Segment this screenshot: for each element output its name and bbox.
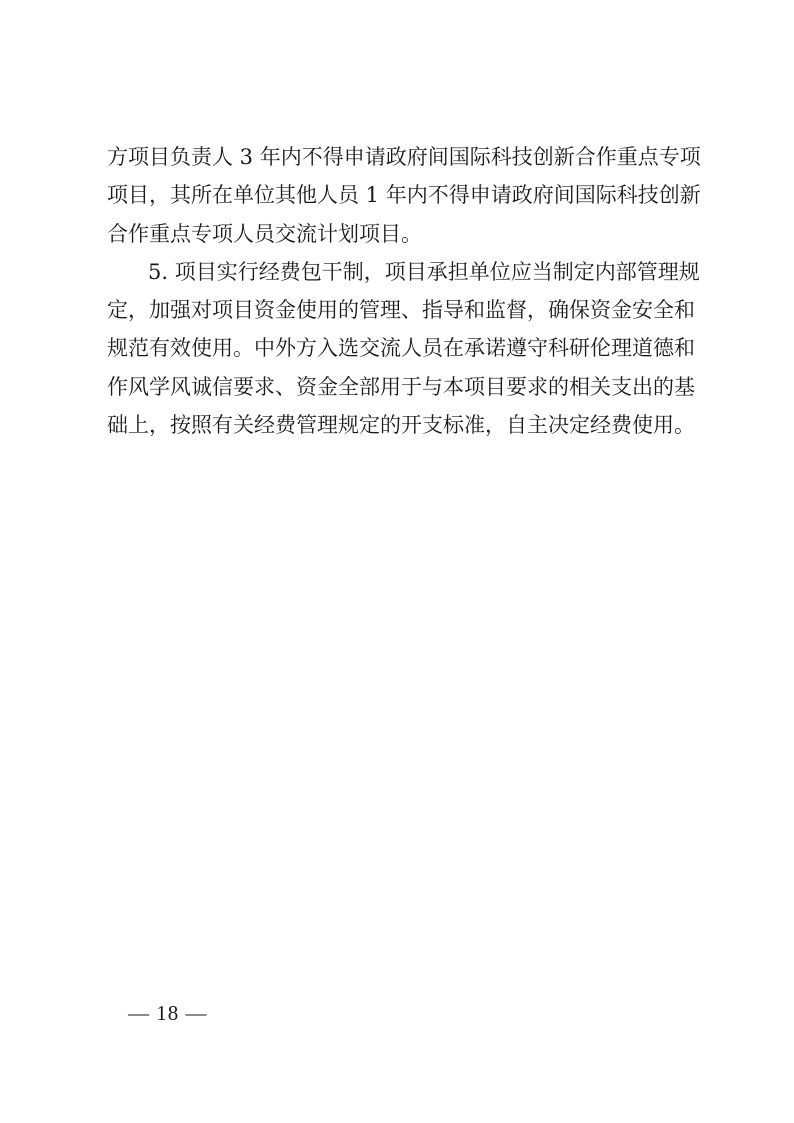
text-line: 项目，其所在单位其他人员 1 年内不得申请政府间国际科技创新 bbox=[107, 176, 689, 214]
text-line: 定，加强对项目资金使用的管理、指导和监督，确保资金安全和 bbox=[107, 291, 689, 329]
text-line: 规范有效使用。中外方入选交流人员在承诺遵守科研伦理道德和 bbox=[107, 329, 689, 367]
body-text: 方项目负责人 3 年内不得申请政府间国际科技创新合作重点专项 项目，其所在单位其… bbox=[107, 138, 689, 444]
paragraph-item-5: 5. 项目实行经费包干制，项目承担单位应当制定内部管理规 定，加强对项目资金使用… bbox=[107, 253, 689, 444]
text-line: 作风学风诚信要求、资金全部用于与本项目要求的相关支出的基 bbox=[107, 368, 689, 406]
text-line: 础上，按照有关经费管理规定的开支标准，自主决定经费使用。 bbox=[107, 406, 689, 444]
document-page: 方项目负责人 3 年内不得申请政府间国际科技创新合作重点专项 项目，其所在单位其… bbox=[0, 0, 794, 1123]
text-line: 方项目负责人 3 年内不得申请政府间国际科技创新合作重点专项 bbox=[107, 138, 689, 176]
paragraph-continuation: 方项目负责人 3 年内不得申请政府间国际科技创新合作重点专项 项目，其所在单位其… bbox=[107, 138, 689, 253]
text-line: 合作重点专项人员交流计划项目。 bbox=[107, 215, 689, 253]
page-number: — 18 — bbox=[128, 1001, 208, 1026]
text-line: 5. 项目实行经费包干制，项目承担单位应当制定内部管理规 bbox=[107, 253, 689, 291]
